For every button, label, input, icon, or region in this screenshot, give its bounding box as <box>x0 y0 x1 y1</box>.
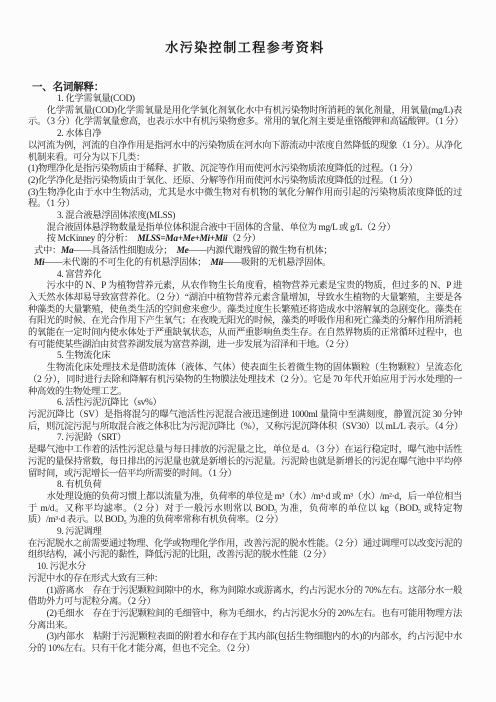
paragraph: 在污泥脱水之前需要通过物理、化学或物理化学作用，改善污泥的脱水性能。（2 分）通… <box>28 539 462 562</box>
document-body: 1. 化学需氧量(COD)化学需氧量(COD)化学需氧量是用化学氧化剂氧化水中有… <box>28 94 462 656</box>
paragraph: 污泥沉降比（SV）是指将混匀的曝气池活性污泥混合液迅速倒进 1000ml 量筒中… <box>28 410 462 433</box>
paragraph: Mi——未代谢的不可生化的有机悬浮固体； Mii——吸附的无机悬浮固体。 <box>34 258 462 270</box>
item-heading: 8. 有机负荷 <box>57 480 462 492</box>
paragraph: 混合液固体悬浮物数量是指单位体积混合液中干固体的含量、单位为 mg/L 或 g/… <box>28 223 462 235</box>
text-run: ——吸附的无机悬浮固体。 <box>223 258 331 268</box>
item-heading: 7. 污泥龄（SRT） <box>57 433 462 445</box>
paragraph: 污泥中水的存在形式大致有三种： <box>28 574 462 586</box>
item-heading: 1. 化学需氧量(COD) <box>57 94 462 106</box>
paragraph: 是曝气池中工作着的活性污泥总量与每日排放的污泥量之比，单位是 d。（3 分）在运… <box>28 445 462 480</box>
item-heading: 9. 污泥调理 <box>57 527 462 539</box>
paragraph: 水处理设施的负荷习惯上都以流量为准，负荷率的单位是 m³（水）/m³·d 或 m… <box>28 492 462 527</box>
item-heading: 5. 生物流化床 <box>57 351 462 363</box>
text-run: Mii <box>211 258 224 268</box>
text-run: Mi <box>34 258 44 268</box>
paragraph: (2)毛细水 存在于污泥颗粒间的毛细管中，称为毛细水，约占污泥水分的 20%左右… <box>28 609 462 632</box>
item-heading: 3. 混合液悬浮固体浓度(MLSS) <box>57 211 462 223</box>
item-heading: 4. 富营养化 <box>57 270 462 282</box>
paragraph: 按 McKinney 的分析： MLSS=Ma+Me+Mi+Mii（2 分） <box>28 234 462 246</box>
text-run: Ma <box>61 246 73 256</box>
text-run: Me <box>177 246 189 256</box>
document-page: 水污染控制工程参考资料 一、名词解释： 1. 化学需氧量(COD)化学需氧量(C… <box>0 0 496 702</box>
paragraph: 生物流化床处理技术是借助流体（液体、气体）使表面生长着微生物的固体颗粒（生物颗粒… <box>28 363 462 398</box>
document-title: 水污染控制工程参考资料 <box>28 40 462 56</box>
item-heading: 10. 污泥水分 <box>37 562 462 574</box>
item-heading: 2. 水体自净 <box>57 129 462 141</box>
text-run: ——内源代谢残留的微生物有机体； <box>188 246 332 256</box>
paragraph: (3)生物净化由于水中生物活动，尤其是水中微生物对有机物的氧化分解作用而引起的污… <box>28 188 462 211</box>
text-run: ——具备活性细胞成分； <box>73 246 176 256</box>
paragraph: 化学需氧量(COD)化学需氧量是用化学氧化剂氧化水中有机污染物时所消耗的氧化剂量… <box>28 106 462 129</box>
paragraph: (1)物理净化是指污染物质由于稀释、扩散、沉淀等作用而使河水污染物质浓度降低的过… <box>28 164 462 176</box>
paragraph: 污水中的 N、P 为植物营养元素，从农作物生长角度看，植物营养元素是宝贵的物质，… <box>28 281 462 351</box>
item-heading: 6. 活性污泥沉降比（sv%） <box>57 398 462 410</box>
section-heading: 一、名词解释： <box>32 82 462 94</box>
text-run: ——未代谢的不可生化的有机悬浮固体； <box>44 258 210 268</box>
text-run: （2 分） <box>227 234 260 244</box>
paragraph: 以河流为例，河流的自净作用是指河水中的污染物质在河水向下游流动中浓度自然降低的现… <box>28 141 462 164</box>
paragraph: (2)化学净化是指污染物质由于氧化、还原、分解等作用而使河水污染物质浓度降低的过… <box>28 176 462 188</box>
paragraph: 式中：Ma——具备活性细胞成分； Me——内源代谢残留的微生物有机体； <box>34 246 462 258</box>
paragraph: (1)游离水 存在于污泥颗粒间隙中的水，称为间隙水或游离水，约占污泥水分的 70… <box>28 586 462 609</box>
text-run: 式中： <box>34 246 61 256</box>
text-run: 按 McKinney 的分析： <box>47 234 138 244</box>
text-run: MLSS=Ma+Me+Mi+Mii <box>137 234 227 244</box>
paragraph: (3)内部水 粘附于污泥颗粒表面的附着水和存在于其内部(包括生物细胞内的水)的内… <box>28 632 462 655</box>
